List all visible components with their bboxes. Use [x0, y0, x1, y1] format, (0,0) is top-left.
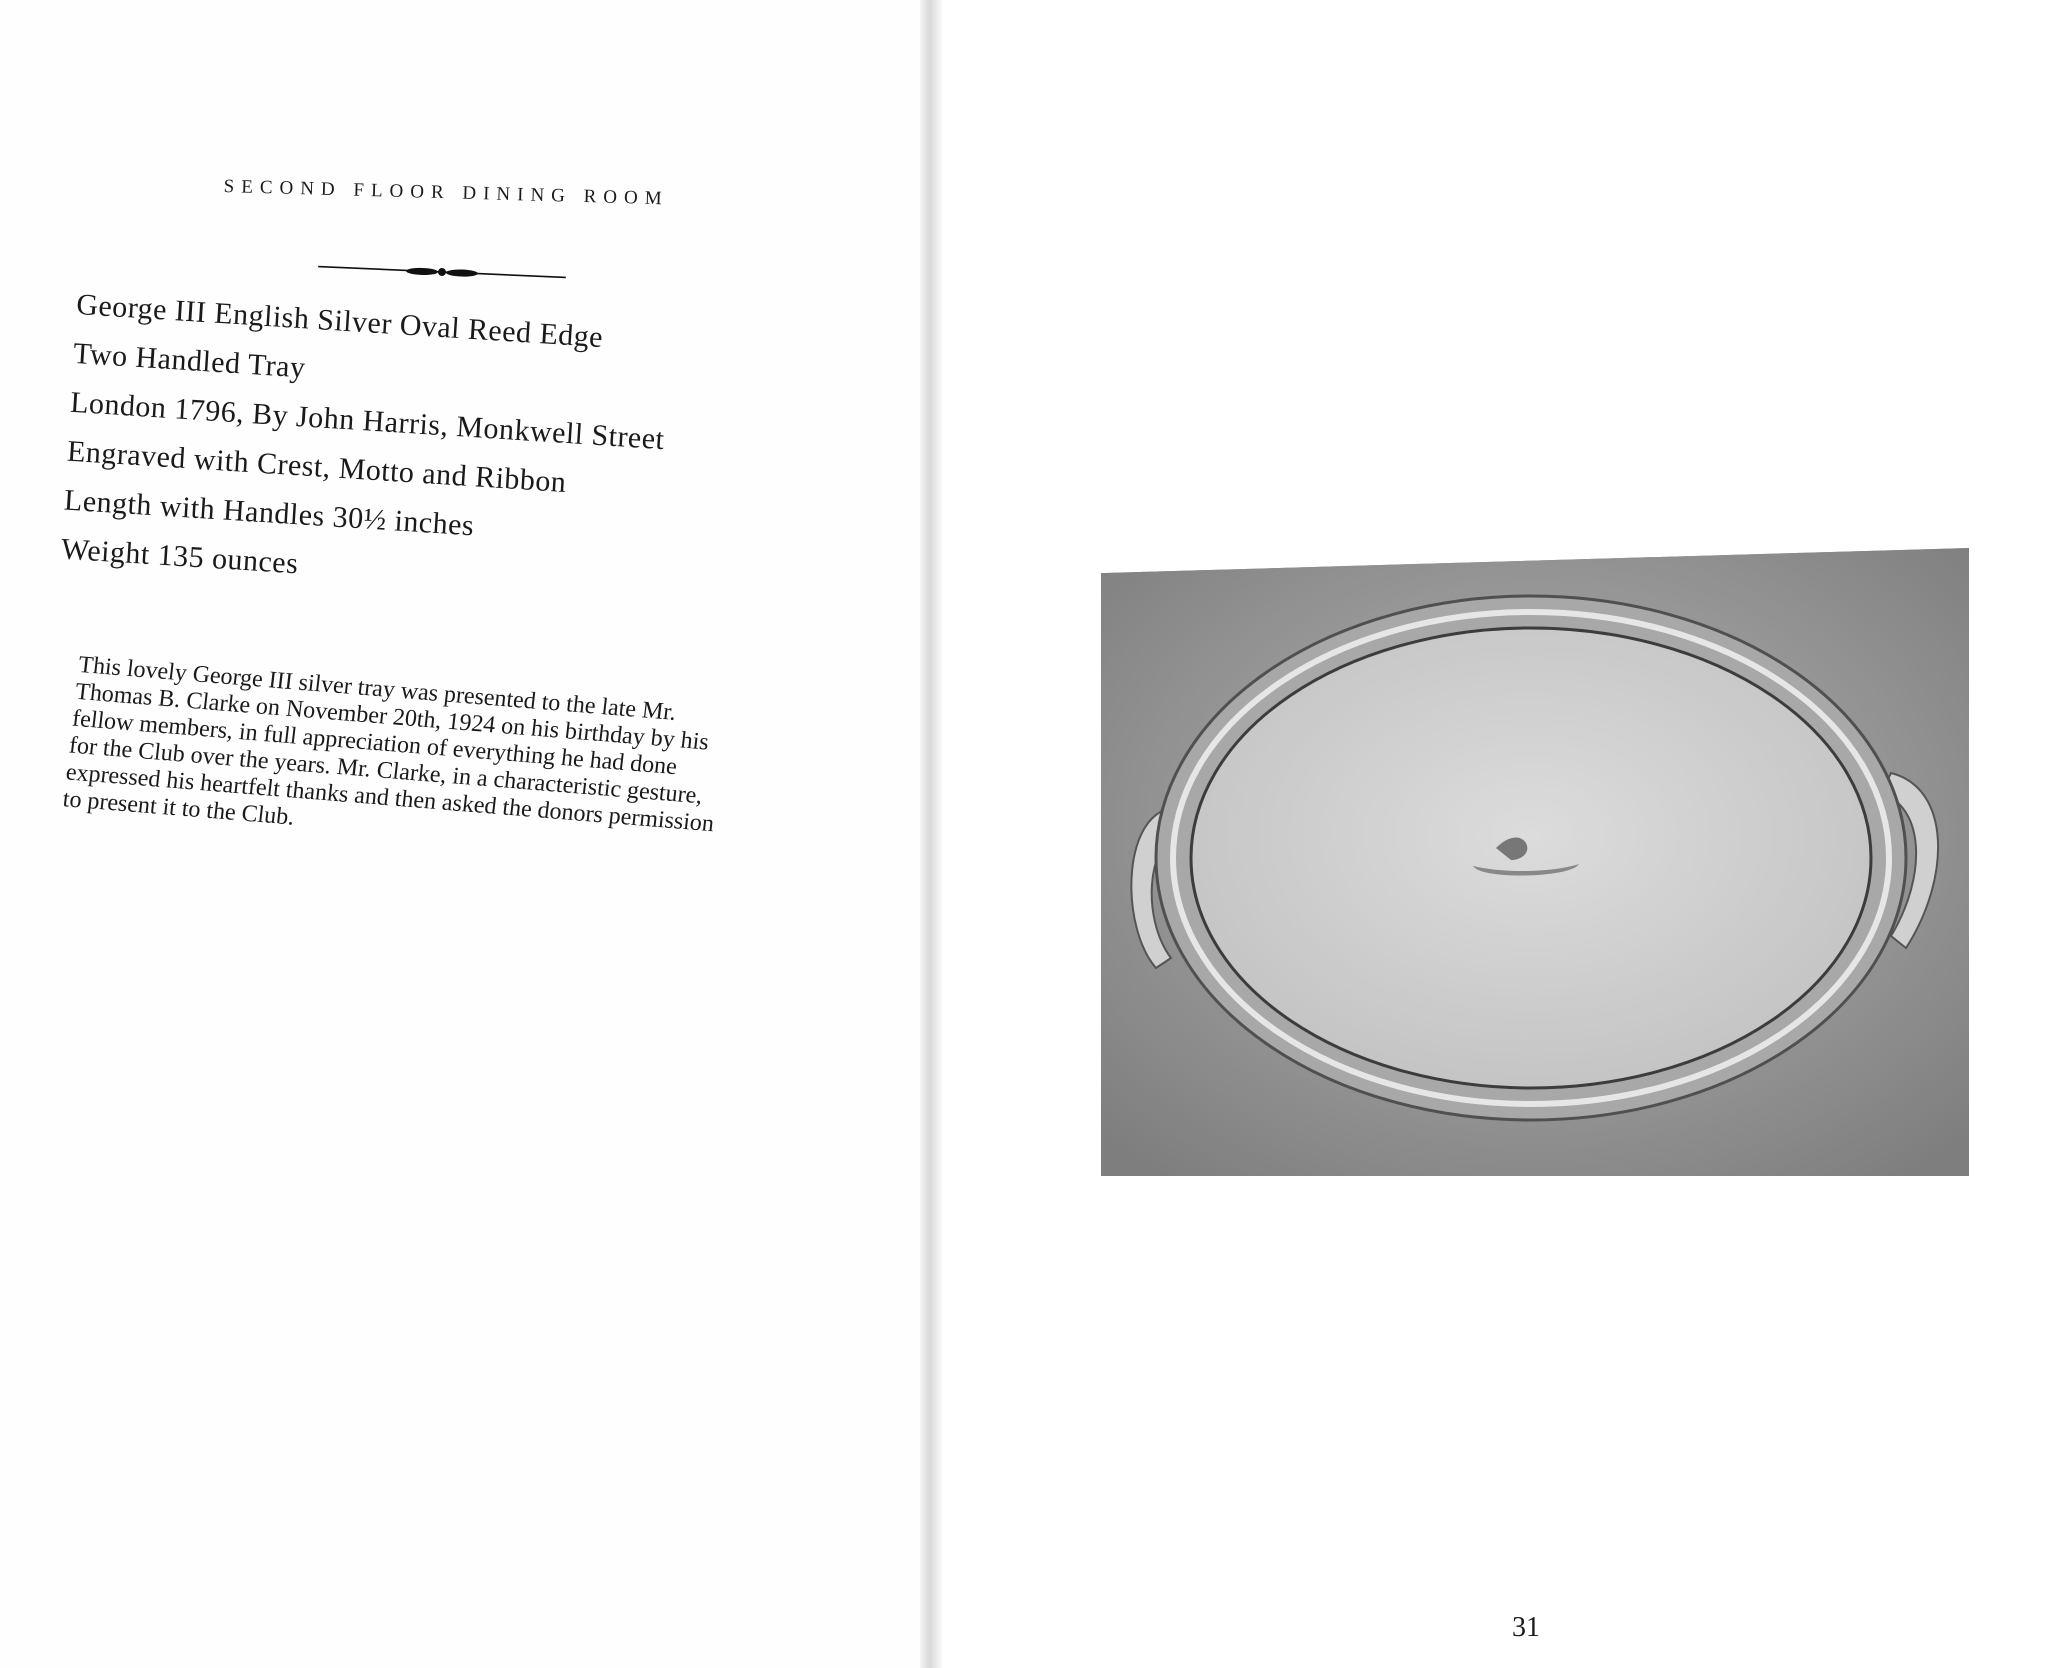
- tray-photograph: [1101, 548, 1969, 1176]
- silver-tray-image: [1101, 548, 1969, 1176]
- book-gutter: [920, 0, 942, 1668]
- section-heading: Second Floor Dining Room: [223, 176, 669, 210]
- page-number: 31: [1512, 1612, 1540, 1644]
- left-page: Second Floor Dining Room George III Engl…: [0, 0, 920, 1668]
- description-paragraph: This lovely George III silver tray was p…: [61, 652, 877, 877]
- right-page: 31: [942, 0, 2048, 1668]
- book-spread: Second Floor Dining Room George III Engl…: [0, 0, 2048, 1668]
- item-details: George III English Silver Oval Reed Edge…: [60, 280, 673, 611]
- ornament-divider-icon: [318, 259, 566, 286]
